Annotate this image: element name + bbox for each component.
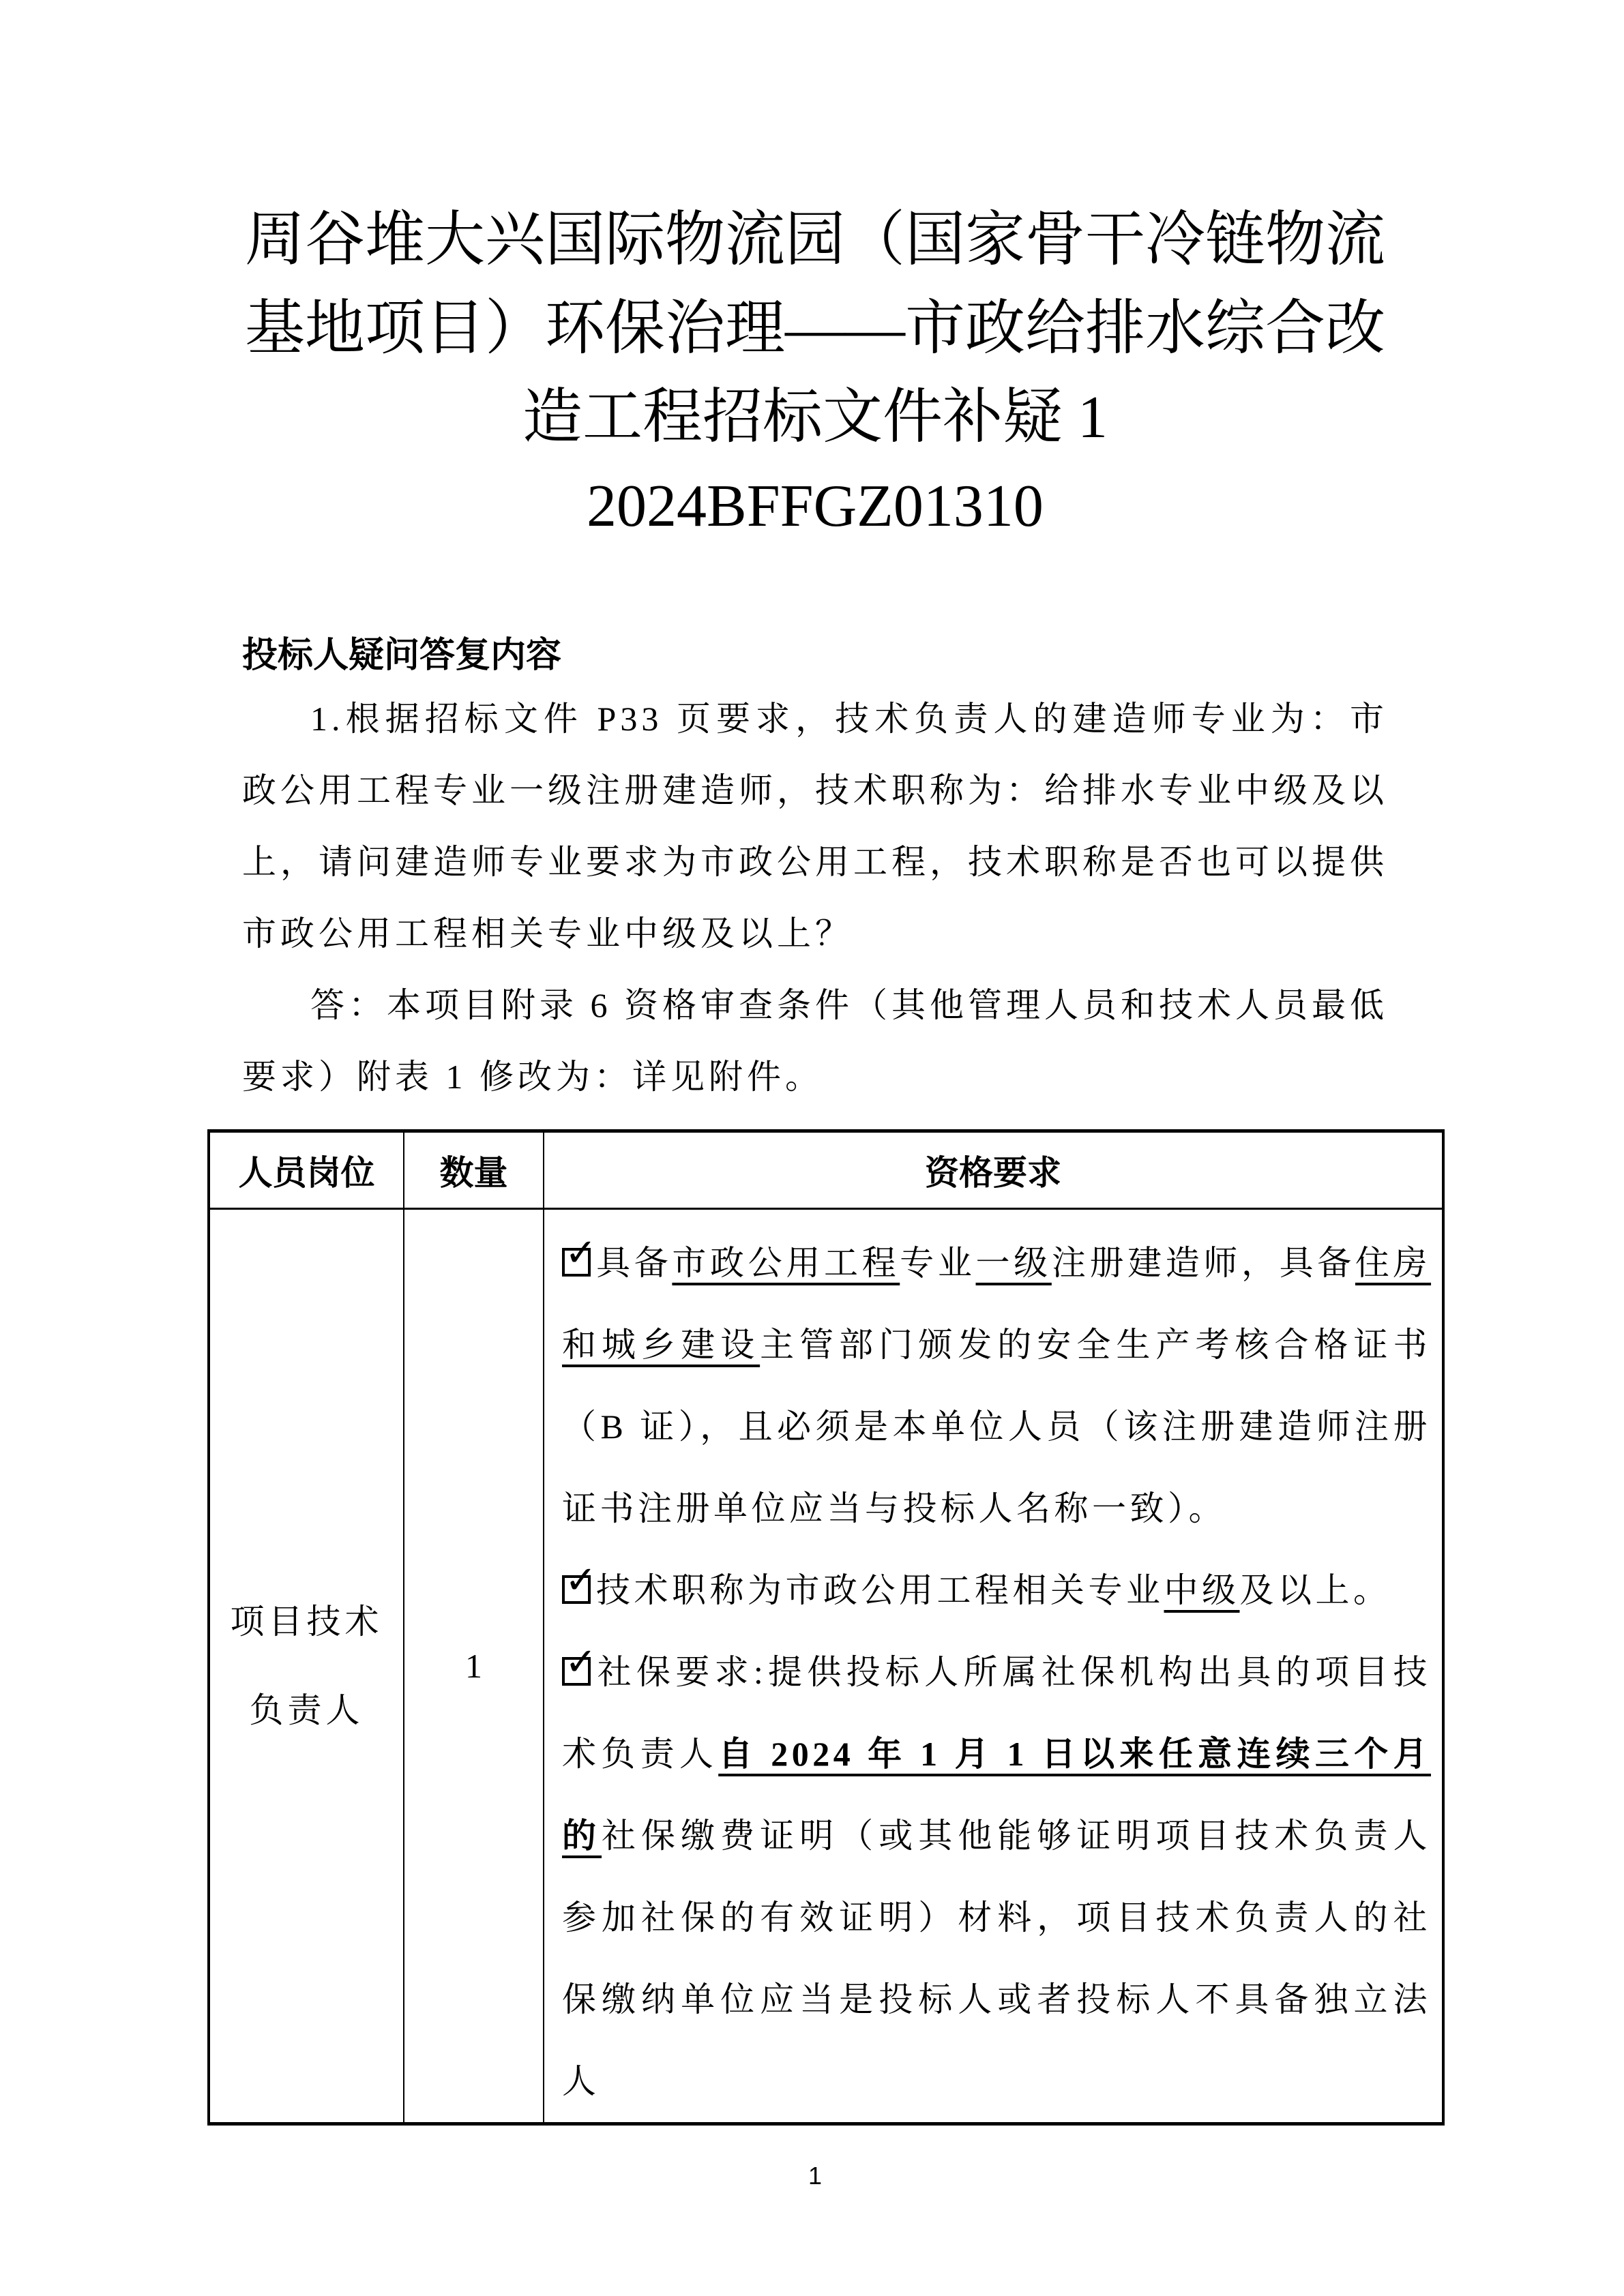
qualification-table: 人员岗位 数量 资格要求 项目技术 负责人 1 ✓具备市政公用工程专业一级注册建… — [207, 1129, 1445, 2126]
column-header-quantity: 数量 — [404, 1131, 544, 1209]
requirement-emphasized-text: 市政公用工程 — [672, 1244, 900, 1282]
checkbox-checked-icon: ✓ — [562, 1248, 591, 1277]
title-line-2: 基地项目）环保治理——市政给排水综合改 — [242, 285, 1388, 374]
table-header-row: 人员岗位 数量 资格要求 — [209, 1131, 1443, 1209]
requirements-cell: ✓具备市政公用工程专业一级注册建造师，具备住房和城乡建设主管部门颁发的安全生产考… — [544, 1209, 1443, 2124]
document-page: 周谷堆大兴国际物流园（国家骨干冷链物流 基地项目）环保治理——市政给排水综合改 … — [0, 0, 1624, 2296]
qa-section-heading: 投标人疑问答复内容 — [242, 634, 1388, 676]
requirement-item: ✓具备市政公用工程专业一级注册建造师，具备住房和城乡建设主管部门颁发的安全生产考… — [562, 1222, 1431, 1549]
requirement-text: 具备 — [596, 1244, 672, 1282]
checkbox-checked-icon: ✓ — [562, 1575, 591, 1604]
page-number: 1 — [242, 2162, 1388, 2190]
title-line-3: 造工程招标文件补疑 1 — [242, 374, 1388, 462]
quantity-cell: 1 — [404, 1209, 544, 2124]
position-line-1: 项目技术 — [210, 1577, 403, 1666]
title-line-1: 周谷堆大兴国际物流园（国家骨干冷链物流 — [242, 196, 1388, 285]
question-paragraph: 1.根据招标文件 P33 页要求，技术负责人的建造师专业为：市政公用工程专业一级… — [242, 683, 1388, 970]
requirement-emphasized-text: 一级 — [976, 1244, 1052, 1282]
position-cell: 项目技术 负责人 — [209, 1209, 404, 2124]
page-content: 周谷堆大兴国际物流园（国家骨干冷链物流 基地项目）环保治理——市政给排水综合改 … — [0, 196, 1624, 2190]
title-project-code: 2024BFFGZ01310 — [242, 462, 1388, 551]
requirement-text: 注册建造师，具备 — [1052, 1244, 1355, 1282]
column-header-requirements: 资格要求 — [544, 1131, 1443, 1209]
requirement-item: ✓社保要求:提供投标人所属社保机构出具的项目技术负责人自 2024 年 1 月 … — [562, 1631, 1431, 2122]
requirement-text: 及以上。 — [1240, 1571, 1391, 1609]
checkbox-checked-icon: ✓ — [562, 1657, 591, 1686]
requirement-emphasized-text: 中级 — [1164, 1571, 1240, 1609]
requirement-text: 社保缴费证明（或其他能够证明项目技术负责人参加社保的有效证明）材料，项目技术负责… — [562, 1817, 1431, 2100]
position-line-2: 负责人 — [210, 1666, 403, 1755]
column-header-position: 人员岗位 — [209, 1131, 404, 1209]
answer-paragraph: 答：本项目附录 6 资格审查条件（其他管理人员和技术人员最低要求）附表 1 修改… — [242, 970, 1388, 1113]
requirement-text: 技术职称为市政公用工程相关专业 — [596, 1571, 1164, 1609]
requirement-text: 专业 — [900, 1244, 975, 1282]
requirement-item: ✓技术职称为市政公用工程相关专业中级及以上。 — [562, 1549, 1431, 1631]
qa-body: 1.根据招标文件 P33 页要求，技术负责人的建造师专业为：市政公用工程专业一级… — [242, 683, 1388, 1113]
document-title: 周谷堆大兴国际物流园（国家骨干冷链物流 基地项目）环保治理——市政给排水综合改 … — [242, 196, 1388, 551]
table-row: 项目技术 负责人 1 ✓具备市政公用工程专业一级注册建造师，具备住房和城乡建设主… — [209, 1209, 1443, 2124]
